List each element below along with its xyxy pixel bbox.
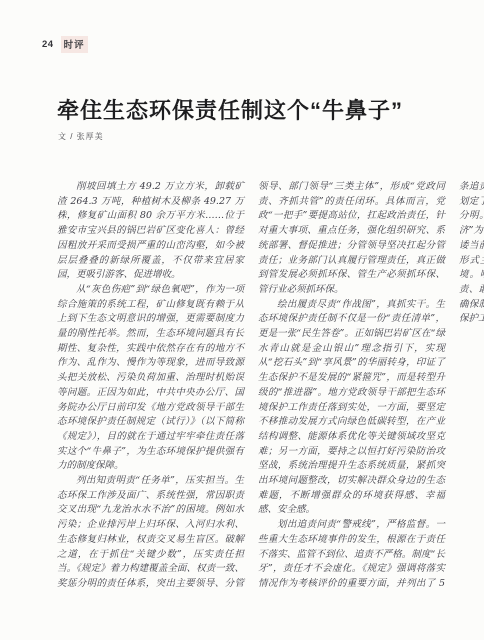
article-byline: 文 / 张厚美 bbox=[58, 131, 104, 142]
page-number: 24 bbox=[42, 39, 54, 50]
paragraph: 绘出履责尽责“作战图”，真抓实干。生态环境保护责任制不仅是一份“责任清单”，更是… bbox=[258, 298, 445, 519]
section-label: 时评 bbox=[61, 36, 88, 53]
paragraph: 从“灰色伤疤”到“绿色氧吧”，作为一项综合施策的系统工程，矿山修复既有赖于从上到… bbox=[57, 283, 244, 474]
page-header: 24 时评 bbox=[42, 36, 88, 53]
article-title: 牵住生态环保责任制这个“牛鼻子” bbox=[57, 94, 457, 125]
paragraph: 削坡回填土方 49.2 万立方米，卸载矿渣 264.3 万吨，种植树木及柳条 4… bbox=[57, 180, 244, 283]
article-body: 削坡回填土方 49.2 万立方米，卸载矿渣 264.3 万吨，种植树木及柳条 4… bbox=[57, 180, 445, 594]
magazine-page: 24 时评 牵住生态环保责任制这个“牛鼻子” 文 / 张厚美 削坡回填土方 49… bbox=[0, 0, 484, 640]
